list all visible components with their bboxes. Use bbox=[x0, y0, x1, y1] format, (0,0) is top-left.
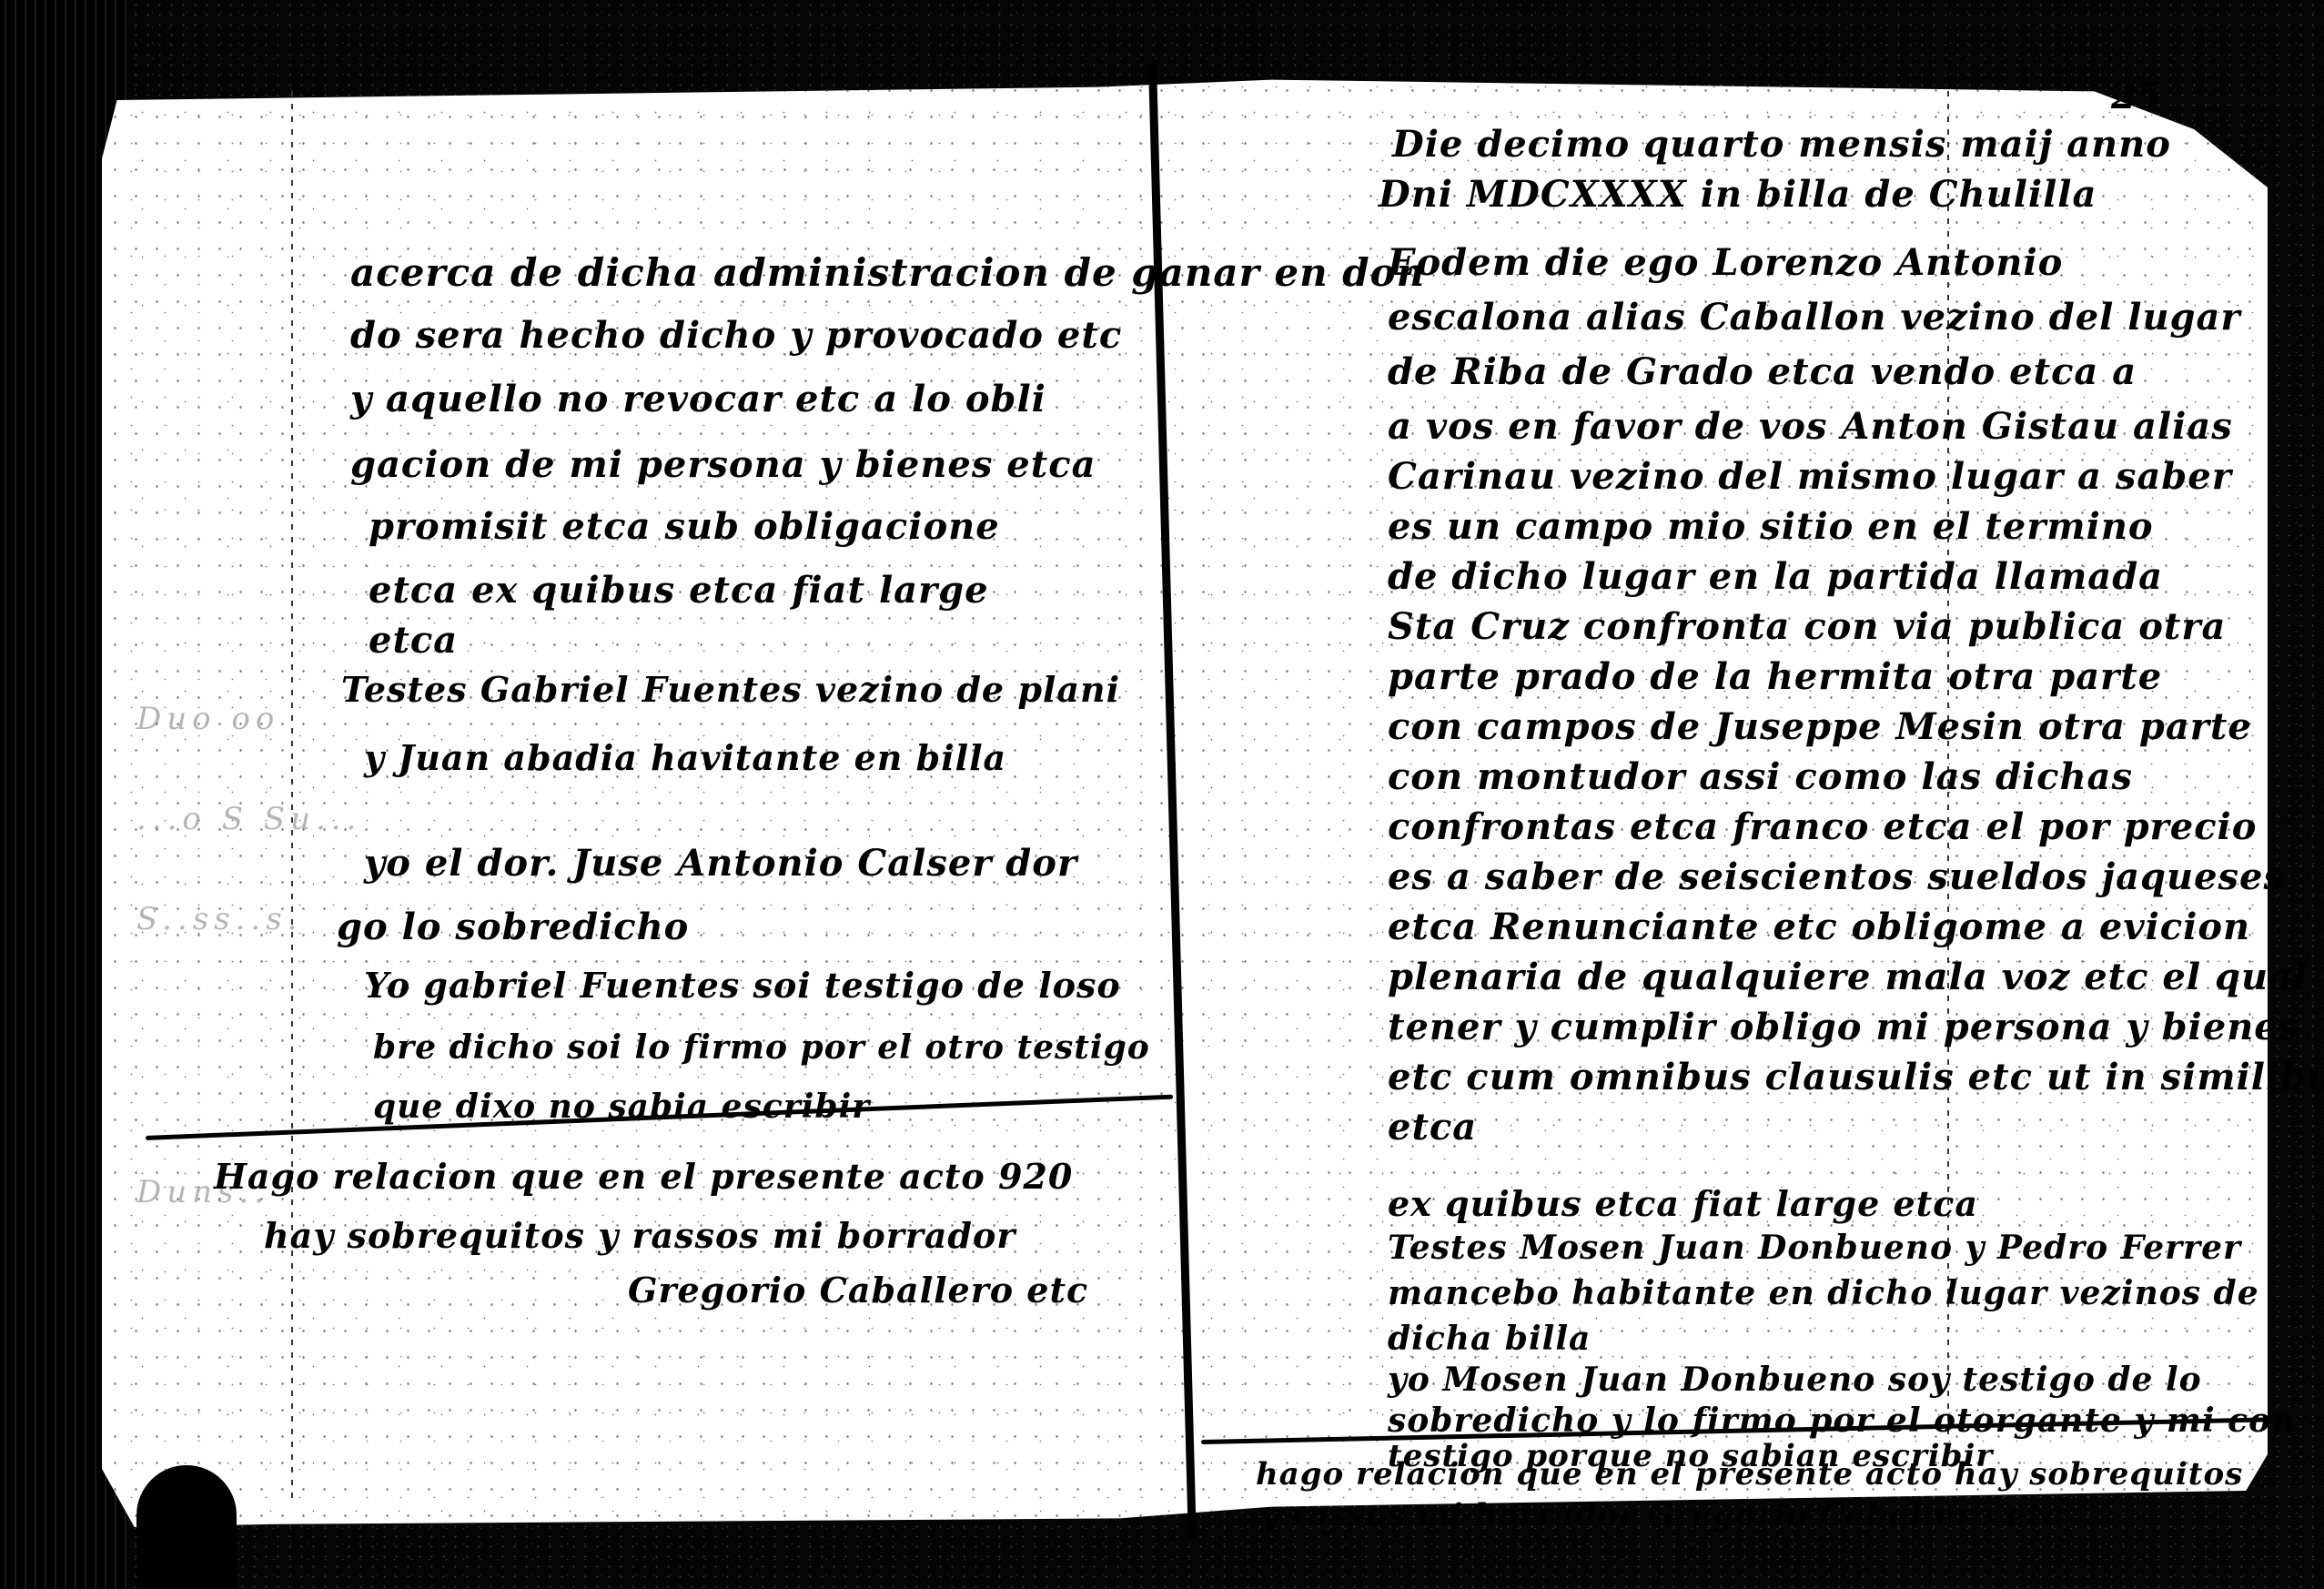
text-line: a vos en favor de vos Anton Gistau alias bbox=[1388, 405, 2233, 448]
text-line: promisit etca sub obligacione bbox=[369, 505, 1000, 548]
text-line: Sta Cruz confronta con via publica otra bbox=[1388, 605, 2226, 648]
text-line: Eodem die ego Lorenzo Antonio bbox=[1388, 241, 2063, 284]
relacion-line: Hago relacion que en el presente acto 92… bbox=[214, 1156, 1073, 1197]
text-line: confrontas etca franco etca el por preci… bbox=[1388, 805, 2257, 848]
signature-line: yo Mosen Juan Donbueno soy testigo de lo bbox=[1388, 1361, 2202, 1399]
text-line: Carinau vezino del mismo lugar a saber bbox=[1388, 455, 2232, 498]
date-line: Die decimo quarto mensis maij anno bbox=[1392, 123, 2171, 166]
book-binding-corner bbox=[136, 1465, 237, 1589]
text-line: etca bbox=[1388, 1106, 1477, 1149]
page-number: 25 bbox=[2111, 75, 2162, 117]
text-line: acerca de dicha administracion de ganar … bbox=[350, 250, 1425, 295]
margin-bleed-text: ...o S Su... bbox=[136, 801, 361, 837]
left-margin-rule bbox=[291, 91, 293, 1502]
text-line: do sera hecho dicho y provocado etc bbox=[350, 314, 1122, 357]
margin-bleed-text: S..ss..s. bbox=[136, 901, 302, 937]
witness-line: y Juan abadia havitante en billa bbox=[364, 737, 1006, 778]
text-line: es un campo mio sitio en el termino bbox=[1388, 505, 2154, 548]
text-line: con montudor assi como las dichas bbox=[1388, 755, 2133, 798]
text-line: tener y cumplir obligo mi persona y bien… bbox=[1388, 1006, 2299, 1048]
text-line: escalona alias Caballon vezino del lugar bbox=[1388, 296, 2241, 339]
notary-signature: Gregorio Caballero etc bbox=[628, 1270, 1088, 1311]
text-line: de Riba de Grado etca vendo etca a bbox=[1388, 350, 2137, 393]
witness-line: mancebo habitante en dicho lugar vezinos… bbox=[1388, 1274, 2259, 1312]
text-line: gacion de mi persona y bienes etca bbox=[350, 443, 1096, 486]
witness-line: Testes Gabriel Fuentes vezino de plani bbox=[341, 669, 1120, 710]
relacion-line: y rassos mi borrador Gregorio Caballero … bbox=[1260, 1497, 2062, 1533]
signature-line: bre dicho soi lo firmo por el otro testi… bbox=[373, 1028, 1150, 1067]
relacion-line: hago relacion que en el presente acto ha… bbox=[1256, 1456, 2243, 1493]
text-line: y aquello no revocar etc a lo obli bbox=[350, 378, 1046, 420]
closing-line: ex quibus etca fiat large etca bbox=[1388, 1183, 1978, 1224]
witness-line: Testes Mosen Juan Donbueno y Pedro Ferre… bbox=[1388, 1229, 2241, 1267]
text-line: etca ex quibus etca fiat large bbox=[369, 569, 989, 612]
relacion-line: hay sobrequitos y rassos mi borrador bbox=[264, 1215, 1015, 1256]
text-line: etca bbox=[369, 619, 458, 662]
signature-line: go lo sobredicho bbox=[337, 906, 689, 948]
signature-line: yo el dor. Juse Antonio Calser dor bbox=[364, 842, 1077, 885]
witness-line: dicha billa bbox=[1388, 1320, 1591, 1358]
text-line: etc cum omnibus clausulis etc ut in simi… bbox=[1388, 1056, 2324, 1098]
text-line: es a saber de seiscientos sueldos jaques… bbox=[1388, 855, 2285, 898]
signature-line: Yo gabriel Fuentes soi testigo de loso bbox=[364, 965, 1121, 1006]
text-line: etca Renunciante etc obligome a evicion bbox=[1388, 906, 2250, 948]
margin-bleed-text: Duo oo bbox=[136, 701, 279, 737]
text-line: parte prado de la hermita otra parte bbox=[1388, 655, 2162, 698]
text-line: con campos de Juseppe Mesin otra parte bbox=[1388, 705, 2252, 748]
text-line: plenaria de qualquiere mala voz etc el q… bbox=[1388, 956, 2308, 998]
date-line: Dni MDCXXXX in billa de Chulilla bbox=[1379, 173, 2097, 216]
text-line: de dicho lugar en la partida llamada bbox=[1388, 555, 2163, 598]
